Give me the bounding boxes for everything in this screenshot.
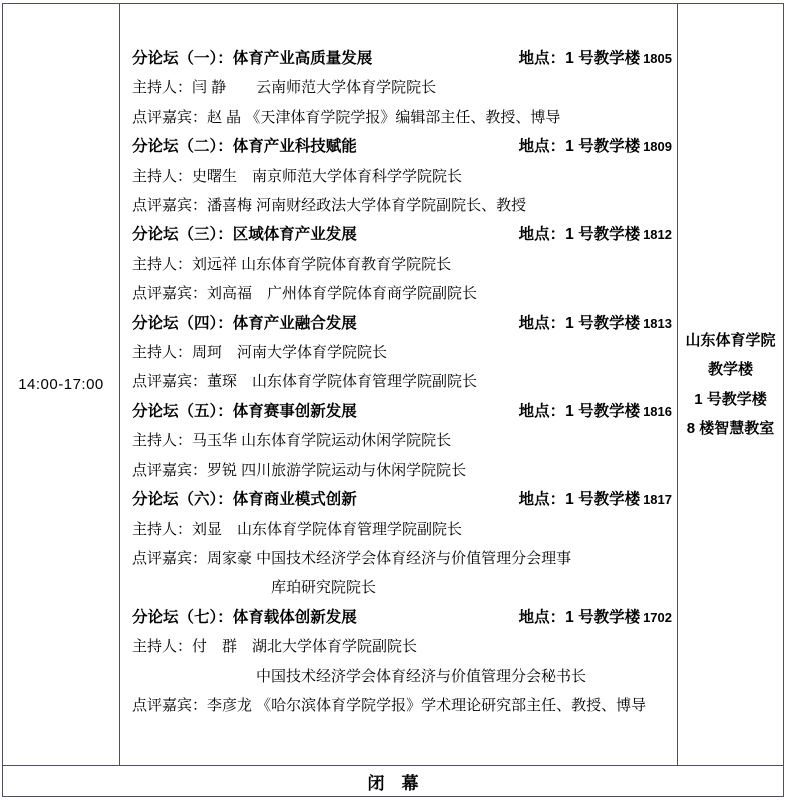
forum-location: 地点：1 号教学楼1813: [519, 309, 672, 338]
forum-title-row: 分论坛（七）：体育载体创新发展 地点：1 号教学楼1702: [132, 603, 672, 632]
forum-location: 地点：1 号教学楼1805: [519, 44, 672, 73]
commentator-line: 点评嘉宾：赵 晶 《天津体育学院学报》编辑部主任、教授、博导: [132, 103, 672, 132]
moderator-continuation-line: 中国技术经济学会体育经济与价值管理分会秘书长: [132, 662, 672, 691]
forum-location: 地点：1 号教学楼1817: [519, 485, 672, 514]
forum-title: 分论坛（七）：体育载体创新发展: [132, 603, 357, 632]
forum-block-3: 分论坛（三）：区域体育产业发展 地点：1 号教学楼1812 主持人：刘远祥 山东…: [132, 220, 672, 308]
forum-block-6: 分论坛（六）：体育商业模式创新 地点：1 号教学楼1817 主持人：刘显 山东体…: [132, 485, 672, 603]
forum-title-row: 分论坛（六）：体育商业模式创新 地点：1 号教学楼1817: [132, 485, 672, 514]
forum-title-row: 分论坛（二）：体育产业科技赋能 地点：1 号教学楼1809: [132, 132, 672, 161]
moderator-line: 主持人：史曙生 南京师范大学体育科学学院院长: [132, 162, 672, 191]
forum-block-5: 分论坛（五）：体育赛事创新发展 地点：1 号教学楼1816 主持人：马玉华 山东…: [132, 397, 672, 485]
forum-title: 分论坛（五）：体育赛事创新发展: [132, 397, 357, 426]
commentator-continuation-line: 库珀研究院院长: [132, 573, 672, 602]
commentator-line: 点评嘉宾：李彦龙 《哈尔滨体育学院学报》学术理论研究部主任、教授、博导: [132, 691, 672, 720]
forum-title-row: 分论坛（三）：区域体育产业发展 地点：1 号教学楼1812: [132, 220, 672, 249]
forum-title-row: 分论坛（一）：体育产业高质量发展 地点：1 号教学楼1805: [132, 44, 672, 73]
room-number: 1805: [643, 51, 672, 66]
schedule-table: 14:00-17:00 分论坛（一）：体育产业高质量发展 地点：1 号教学楼18…: [2, 3, 784, 797]
forum-title: 分论坛（二）：体育产业科技赋能: [132, 132, 357, 161]
commentator-line: 点评嘉宾：潘喜梅 河南财经政法大学体育学院副院长、教授: [132, 191, 672, 220]
forum-title-row: 分论坛（五）：体育赛事创新发展 地点：1 号教学楼1816: [132, 397, 672, 426]
session-time: 14:00-17:00: [18, 376, 104, 393]
forum-location: 地点：1 号教学楼1812: [519, 220, 672, 249]
moderator-line: 主持人：闫 静 云南师范大学体育学院院长: [132, 73, 672, 102]
conference-schedule-page: 14:00-17:00 分论坛（一）：体育产业高质量发展 地点：1 号教学楼18…: [0, 0, 786, 800]
commentator-line: 点评嘉宾：罗锐 四川旅游学院运动与休闲学院院长: [132, 456, 672, 485]
commentator-line: 点评嘉宾：刘高福 广州体育学院体育商学院副院长: [132, 279, 672, 308]
room-number: 1813: [643, 316, 672, 331]
time-cell: 14:00-17:00: [3, 4, 120, 765]
venue-cell: 山东体育学院 教学楼 1 号教学楼 8 楼智慧教室: [678, 4, 783, 765]
forum-title: 分论坛（四）：体育产业融合发展: [132, 309, 357, 338]
moderator-line: 主持人：刘远祥 山东体育学院体育教育学院院长: [132, 250, 672, 279]
forum-block-4: 分论坛（四）：体育产业融合发展 地点：1 号教学楼1813 主持人：周珂 河南大…: [132, 309, 672, 397]
forum-block-1: 分论坛（一）：体育产业高质量发展 地点：1 号教学楼1805 主持人：闫 静 云…: [132, 44, 672, 132]
room-number: 1809: [643, 139, 672, 154]
commentator-line: 点评嘉宾：董琛 山东体育学院体育管理学院副院长: [132, 367, 672, 396]
closing-title: 闭 幕: [368, 769, 419, 794]
forum-block-2: 分论坛（二）：体育产业科技赋能 地点：1 号教学楼1809 主持人：史曙生 南京…: [132, 132, 672, 220]
forum-location: 地点：1 号教学楼1809: [519, 132, 672, 161]
moderator-line: 主持人：马玉华 山东体育学院运动休闲学院院长: [132, 426, 672, 455]
room-number: 1817: [643, 492, 672, 507]
moderator-line: 主持人：周珂 河南大学体育学院院长: [132, 338, 672, 367]
room-number: 1816: [643, 404, 672, 419]
room-number: 1812: [643, 227, 672, 242]
venue-line: 山东体育学院: [685, 326, 775, 356]
moderator-line: 主持人：刘显 山东体育学院体育管理学院副院长: [132, 515, 672, 544]
closing-row: 闭 幕: [3, 765, 783, 796]
forum-title-row: 分论坛（四）：体育产业融合发展 地点：1 号教学楼1813: [132, 309, 672, 338]
forum-title: 分论坛（六）：体育商业模式创新: [132, 485, 357, 514]
afternoon-session-row: 14:00-17:00 分论坛（一）：体育产业高质量发展 地点：1 号教学楼18…: [3, 4, 783, 765]
forum-block-7: 分论坛（七）：体育载体创新发展 地点：1 号教学楼1702 主持人：付 群 湖北…: [132, 603, 672, 721]
room-number: 1702: [643, 610, 672, 625]
venue-line: 教学楼: [708, 355, 753, 385]
forum-title: 分论坛（三）：区域体育产业发展: [132, 220, 357, 249]
moderator-line: 主持人：付 群 湖北大学体育学院副院长: [132, 632, 672, 661]
venue-line: 1 号教学楼: [694, 385, 767, 415]
forum-location: 地点：1 号教学楼1702: [519, 603, 672, 632]
commentator-line: 点评嘉宾：周家豪 中国技术经济学会体育经济与价值管理分会理事: [132, 544, 672, 573]
forums-cell: 分论坛（一）：体育产业高质量发展 地点：1 号教学楼1805 主持人：闫 静 云…: [120, 4, 678, 765]
forum-location: 地点：1 号教学楼1816: [519, 397, 672, 426]
venue-line: 8 楼智慧教室: [687, 414, 775, 444]
forum-title: 分论坛（一）：体育产业高质量发展: [132, 44, 372, 73]
